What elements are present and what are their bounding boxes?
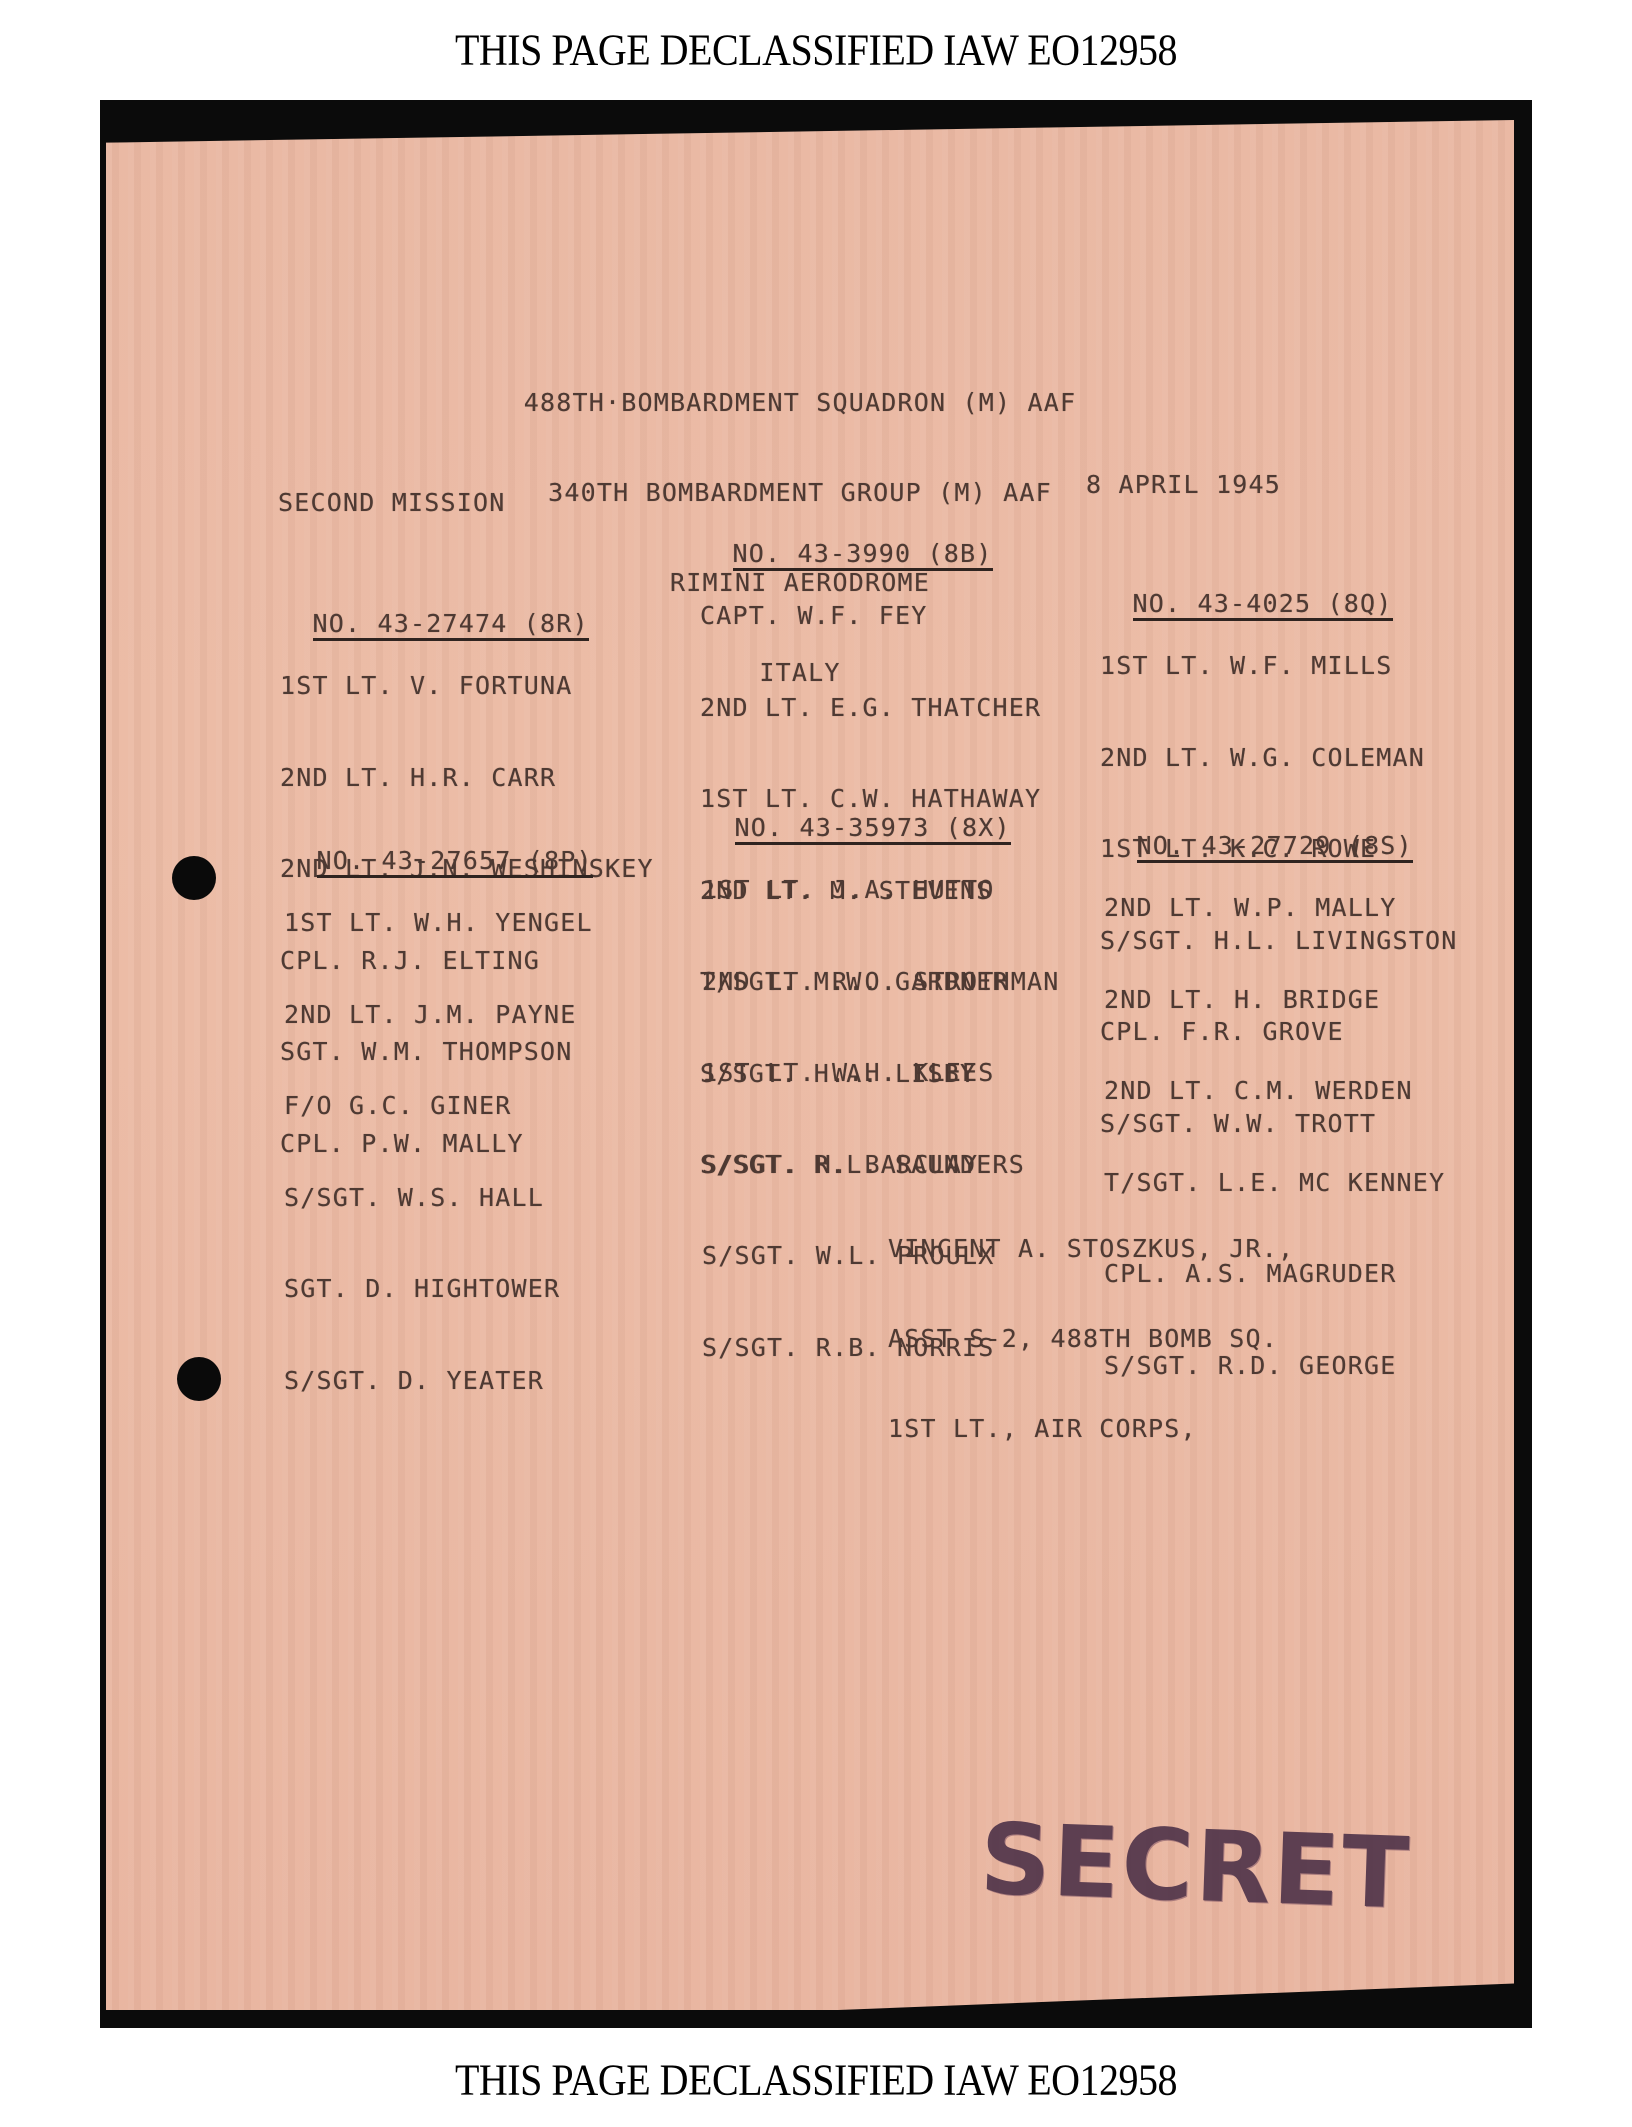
crew-member: 1ST LT. W.F. MILLS (1100, 651, 1458, 682)
letterhead-group: 340TH BOMBARDMENT GROUP (M) AAF (420, 478, 1180, 508)
punch-hole-icon (172, 856, 216, 900)
crew-member: SGT. D. HIGHTOWER (284, 1274, 593, 1305)
crew-member: S/SGT. W.S. HALL (284, 1183, 593, 1214)
secret-stamp: SECRET (978, 1803, 1412, 1932)
punch-hole-icon (177, 1357, 221, 1401)
signature-block: VINCENT A. STOSZKUS, JR., ASST S-2, 488T… (888, 1174, 1294, 1474)
crew-list: NO. 43-27657 (8P) 1ST LT. W.H. YENGEL 2N… (284, 815, 593, 1427)
declassified-banner-bottom: THIS PAGE DECLASSIFIED IAW EO12958 (0, 2053, 1632, 2106)
mission-date: 8 APRIL 1945 (1086, 470, 1281, 501)
aircraft-number: NO. 43-3990 (8B) (733, 540, 993, 571)
crew-member: 2ND LT. C.M. WERDEN (1104, 1076, 1445, 1107)
signatory-position: ASST S-2, 488TH BOMB SQ. (888, 1324, 1294, 1354)
aircraft-number: NO. 43-27657 (8P) (317, 847, 593, 878)
crew-member: 1ST LT. W.H. YENGEL (284, 908, 593, 939)
crew-member: 1ST LT. V. FORTUNA (280, 671, 654, 702)
crew-member: 2ND LT. H. BRIDGE (1104, 985, 1445, 1016)
crew-member: 2ND LT. H.R. CARR (280, 763, 654, 794)
aircraft-number: NO. 43-35973 (8X) (735, 814, 1011, 845)
crew-member: F/O G.C. GINER (284, 1091, 593, 1122)
crew-member: 2ND LT. W.P. MALLY (1104, 893, 1445, 924)
crew-member: CAPT. W.F. FEY (700, 601, 1041, 632)
aircraft-number: NO. 43-27729 (8S) (1137, 832, 1413, 863)
aircraft-number: NO. 43-27474 (8R) (313, 610, 589, 641)
mission-label: SECOND MISSION (278, 488, 506, 519)
crew-member: 1ST LT. W.H. KLEES (702, 1058, 1060, 1089)
crew-member: 2ND LT. E.G. THATCHER (700, 693, 1041, 724)
crew-member: 2ND LT. R.O. STROTHMAN (702, 967, 1060, 998)
signatory-rank: 1ST LT., AIR CORPS, (888, 1414, 1294, 1444)
crew-member: 1ST LT. J.A. HUTTO (702, 875, 1060, 906)
aircraft-number: NO. 43-4025 (8Q) (1133, 590, 1393, 621)
crew-member: 2ND LT. W.G. COLEMAN (1100, 743, 1458, 774)
signatory-name: VINCENT A. STOSZKUS, JR., (888, 1234, 1294, 1264)
crew-member: 2ND LT. J.M. PAYNE (284, 1000, 593, 1031)
crew-member: S/SGT. D. YEATER (284, 1366, 593, 1397)
letterhead-squadron: 488TH·BOMBARDMENT SQUADRON (M) AAF (420, 388, 1180, 418)
declassified-banner-top: THIS PAGE DECLASSIFIED IAW EO12958 (0, 23, 1632, 76)
